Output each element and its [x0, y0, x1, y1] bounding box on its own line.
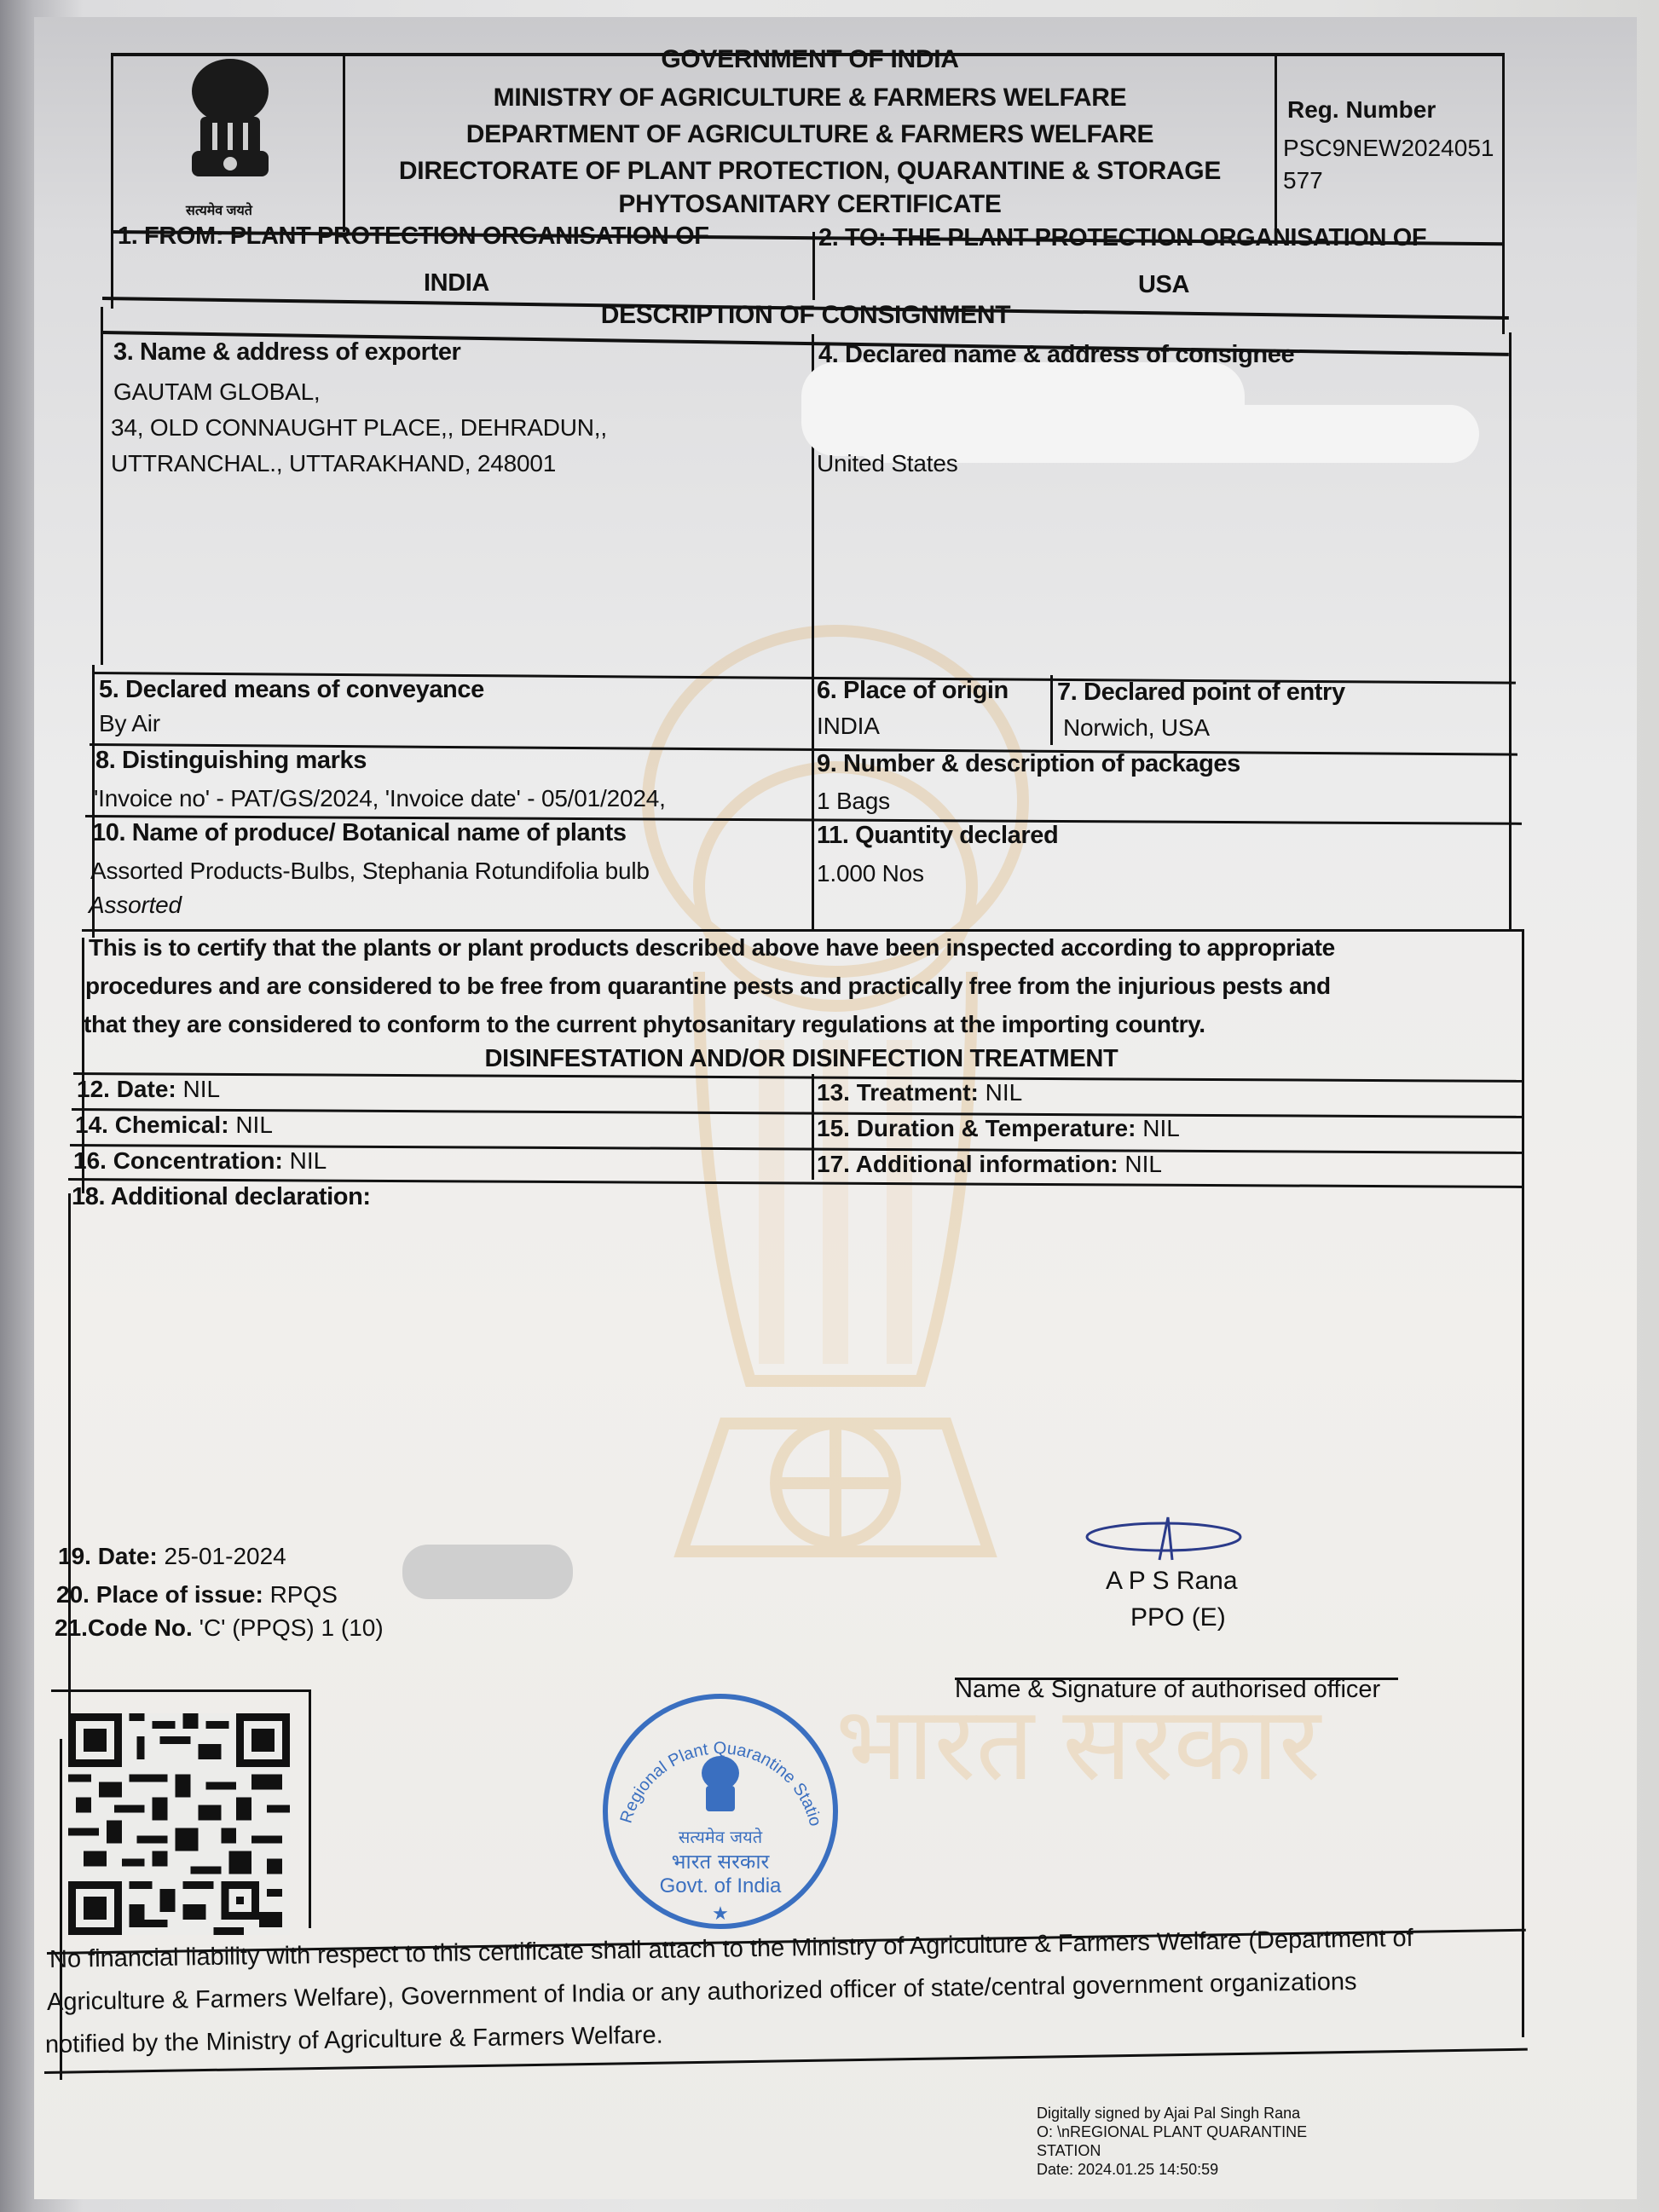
reg-number-value: PSC9NEW2024051 — [1283, 136, 1494, 160]
issue-code-label: 21.Code No. — [55, 1614, 193, 1641]
treatment-additional-info: 17. Additional information: NIL — [817, 1152, 1162, 1176]
treatment-additional-info-value: NIL — [1124, 1151, 1162, 1177]
issue-date-label: 19. Date: — [58, 1543, 158, 1569]
treatment-duration-value: NIL — [1142, 1115, 1180, 1141]
additional-declaration-label: 18. Additional declaration: — [72, 1185, 371, 1210]
digital-signature-line-4: Date: 2024.01.25 14:50:59 — [1037, 2162, 1218, 2177]
treatment-chemical-value: NIL — [235, 1112, 273, 1138]
stamp-hindi-govt: भारत सरकार — [672, 1850, 771, 1874]
frame-right-3 — [1522, 929, 1524, 2037]
stamp-motto: सत्यमेव जयते — [679, 1827, 763, 1847]
to-label: 2. TO: THE PLANT PROTECTION ORGANISATION… — [818, 226, 1426, 251]
conveyance-label: 5. Declared means of conveyance — [99, 678, 484, 702]
issue-code: 21.Code No. 'C' (PPQS) 1 (10) — [55, 1616, 384, 1640]
to-value: USA — [1138, 273, 1189, 297]
col-sep-from-to — [812, 232, 815, 300]
col-sep-treatment — [812, 1074, 814, 1180]
certify-line-2: procedures and are considered to be free… — [85, 974, 1331, 998]
treatment-date-value: NIL — [183, 1076, 221, 1102]
certify-line-1: This is to certify that the plants or pl… — [89, 936, 1335, 960]
section-treatment: DISINFESTATION AND/OR DISINFECTION TREAT… — [77, 1047, 1526, 1071]
officer-designation: PPO (E) — [1130, 1605, 1226, 1631]
reg-number-label: Reg. Number — [1287, 98, 1436, 122]
header-sep-2 — [1275, 53, 1277, 239]
issue-code-value: 'C' (PPQS) 1 (10) — [199, 1614, 384, 1641]
issue-place-value: RPQS — [270, 1581, 338, 1608]
issue-place-label: 20. Place of issue: — [56, 1581, 263, 1608]
qr-box-right — [309, 1689, 311, 1928]
from-value: INDIA — [424, 271, 489, 296]
treatment-duration-label: 15. Duration & Temperature: — [817, 1115, 1136, 1141]
exporter-address-1: 34, OLD CONNAUGHT PLACE,, DEHRADUN,, — [111, 416, 607, 440]
digital-signature-line-2: O: \nREGIONAL PLANT QUARANTINE — [1037, 2124, 1307, 2140]
officer-name: A P S Rana — [1106, 1568, 1238, 1594]
frame-left-5 — [68, 1193, 71, 1739]
origin-value: INDIA — [817, 714, 880, 738]
treatment-type-label: 13. Treatment: — [817, 1079, 979, 1106]
header-department: DEPARTMENT OF AGRICULTURE & FARMERS WELF… — [345, 122, 1275, 147]
conveyance-value: By Air — [99, 712, 160, 736]
header-directorate: DIRECTORATE OF PLANT PROTECTION, QUARANT… — [345, 159, 1275, 184]
digital-signature-line-3: STATION — [1037, 2143, 1101, 2158]
reg-number-value-cont: 577 — [1283, 169, 1323, 193]
quantity-value: 1.000 Nos — [817, 862, 924, 886]
emblem-motto: सत्यमेव जयते — [186, 205, 252, 218]
col-sep-6-7 — [1050, 675, 1053, 745]
from-label: 1. FROM: PLANT PROTECTION ORGANISATION O… — [118, 224, 709, 249]
entry-label: 7. Declared point of entry — [1057, 680, 1345, 705]
produce-value: Assorted Products-Bulbs, Stephania Rotun… — [90, 859, 650, 883]
frame-left-1 — [111, 53, 113, 309]
frame-left-6 — [60, 1739, 62, 2080]
certify-line-3: that they are considered to conform to t… — [84, 1013, 1205, 1037]
origin-label: 6. Place of origin — [817, 679, 1009, 703]
entry-value: Norwich, USA — [1063, 716, 1210, 740]
treatment-date-label: 12. Date: — [77, 1076, 176, 1102]
certificate-title: PHYTOSANITARY CERTIFICATE — [345, 192, 1275, 217]
section-consignment: DESCRIPTION OF CONSIGNMENT — [102, 303, 1509, 328]
treatment-date: 12. Date: NIL — [77, 1077, 220, 1101]
treatment-concentration-label: 16. Concentration: — [73, 1147, 283, 1174]
exporter-name: GAUTAM GLOBAL, — [113, 380, 321, 404]
stamp-star-icon: ★ — [712, 1903, 729, 1924]
issue-place: 20. Place of issue: RPQS — [56, 1583, 338, 1607]
qr-code-icon[interactable] — [68, 1713, 290, 1935]
officer-caption: Name & Signature of authorised officer — [955, 1678, 1380, 1702]
treatment-additional-info-label: 17. Additional information: — [817, 1151, 1119, 1177]
frame-right-1 — [1502, 53, 1505, 334]
official-stamp-icon: Regional Plant Quarantine Station, New D… — [597, 1688, 844, 1935]
national-emblem-icon — [175, 53, 286, 198]
frame-right-2 — [1509, 332, 1512, 929]
packages-value: 1 Bags — [817, 789, 890, 813]
produce-label: 10. Name of produce/ Botanical name of p… — [92, 821, 627, 846]
treatment-duration: 15. Duration & Temperature: NIL — [817, 1117, 1180, 1141]
treatment-type: 13. Treatment: NIL — [817, 1081, 1022, 1105]
qr-box-top — [51, 1689, 311, 1692]
issue-date-value: 25-01-2024 — [165, 1543, 286, 1569]
frame-left-2 — [101, 307, 103, 665]
exporter-address-2: UTTRANCHAL., UTTARAKHAND, 248001 — [111, 452, 556, 476]
digital-signature-line-1: Digitally signed by Ajai Pal Singh Rana — [1037, 2105, 1300, 2121]
stamp-govt: Govt. of India — [660, 1874, 782, 1897]
marks-value: 'Invoice no' - PAT/GS/2024, 'Invoice dat… — [94, 787, 666, 811]
header-govt: GOVERNMENT OF INDIA — [345, 47, 1275, 72]
treatment-chemical: 14. Chemical: NIL — [75, 1113, 273, 1137]
treatment-type-value: NIL — [986, 1079, 1023, 1106]
treatment-concentration-value: NIL — [290, 1147, 327, 1174]
produce-value-cont: Assorted — [89, 893, 182, 917]
treatment-concentration: 16. Concentration: NIL — [73, 1149, 327, 1173]
redacted-place-of-issue — [402, 1545, 573, 1599]
consignee-country: United States — [817, 452, 958, 476]
issue-date: 19. Date: 25-01-2024 — [58, 1545, 286, 1568]
handwritten-signature-icon — [1083, 1513, 1245, 1564]
header-ministry: MINISTRY OF AGRICULTURE & FARMERS WELFAR… — [345, 85, 1275, 111]
quantity-label: 11. Quantity declared — [817, 823, 1058, 848]
treatment-chemical-label: 14. Chemical: — [75, 1112, 229, 1138]
marks-label: 8. Distinguishing marks — [95, 748, 367, 773]
packages-label: 9. Number & description of packages — [817, 752, 1240, 777]
exporter-label: 3. Name & address of exporter — [113, 340, 460, 365]
row-line-certify — [82, 929, 1523, 932]
